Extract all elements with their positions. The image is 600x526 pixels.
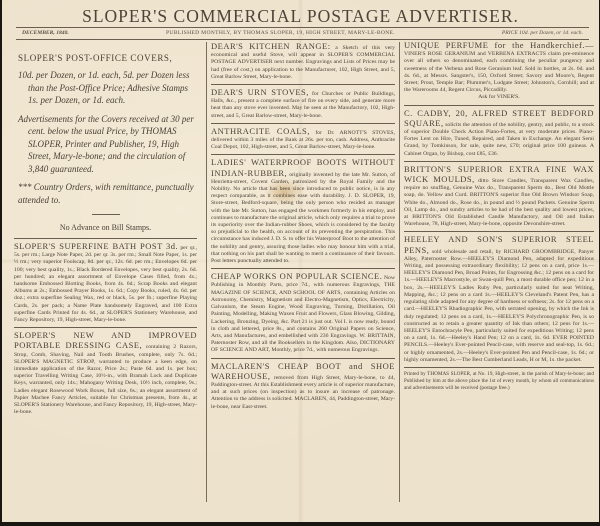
ad-maclaren: MACLAREN'S CHEAP BOOT and SHOE WAREHOUSE… xyxy=(211,362,395,411)
divider xyxy=(14,327,197,328)
divider xyxy=(211,268,395,269)
ad-popular-science: CHEAP WORKS ON POPULAR SCIENCE. Now Publ… xyxy=(211,272,395,354)
covers-info: 10d. per Dozen, or 1d. each, 5d. per Doz… xyxy=(18,69,197,175)
ad-heading: SLOPER'S SUPERFINE BATH POST 3d. xyxy=(14,241,178,251)
issue-date: DECEMBER, 1840. xyxy=(22,28,69,39)
divider xyxy=(14,238,197,239)
divider xyxy=(211,84,395,85)
ad-britton: BRITTON'S SUPERIOR EXTRA FINE WAX WICK M… xyxy=(404,165,594,229)
divider xyxy=(211,123,395,124)
ad-heading: CHEAP WORKS ON POPULAR SCIENCE. xyxy=(211,271,382,281)
ad-heading: DEAR'S KITCHEN RANGE: xyxy=(211,41,331,51)
divider xyxy=(404,161,594,162)
ad-heading: DEAR'S URN STOVES, xyxy=(211,87,309,97)
divider xyxy=(92,214,120,215)
ad-perfume: UNIQUE PERFUME for the Handkerchief.— VI… xyxy=(404,41,594,102)
masthead-subline: DECEMBER, 1840. PUBLISHED MONTHLY, BY TH… xyxy=(16,27,589,40)
ad-kitchen-range: DEAR'S KITCHEN RANGE: a Sketch of this v… xyxy=(211,42,395,81)
masthead-title: SLOPER'S COMMERCIAL POSTAGE ADVERTISER. xyxy=(2,6,599,27)
ad-body: ditto Store Candles, Transparent Wax Can… xyxy=(404,178,594,227)
ad-heading: UNIQUE PERFUME for the Handkerchief.— xyxy=(404,40,594,50)
ad-urn-stoves: DEAR'S URN STOVES, for Churches or Publi… xyxy=(211,88,395,120)
ad-body: containing 2 Razors, Strop, Comb, Shavin… xyxy=(14,344,197,415)
newspaper-page: SLOPER'S COMMERCIAL POSTAGE ADVERTISER. … xyxy=(2,0,599,522)
ad-body: Now Publishing in Monthly Parts, price 7… xyxy=(211,275,395,353)
divider xyxy=(404,231,594,232)
ad-dressing-case: SLOPER'S NEW AND IMPROVED PORTABLE DRESS… xyxy=(14,331,197,416)
divider xyxy=(404,367,594,368)
no-advance-notice: No Advance on Bill Stamps. xyxy=(14,223,197,232)
divider xyxy=(211,358,395,359)
ad-bath-post: SLOPER'S SUPERFINE BATH POST 3d. per qr.… xyxy=(14,242,197,324)
covers-advertisements: Advertisements for the Covers received a… xyxy=(18,113,197,176)
divider xyxy=(404,105,594,106)
covers-price: 10d. per Dozen, or 1d. each, 5d. per Doz… xyxy=(18,69,197,107)
issue-price: PRICE 10d. per Dozen, or 1d. each. xyxy=(502,28,583,39)
ad-body: sold wholesale and retail, by RICHARD GR… xyxy=(404,249,594,363)
column-middle: DEAR'S KITCHEN RANGE: a Sketch of this v… xyxy=(206,42,400,502)
printer-imprint: Printed by THOMAS SLOPER, at No. 19, Hig… xyxy=(404,371,594,391)
ad-body: VINER'S ROSE GERANIUM and VERBENA EXTRAC… xyxy=(404,51,594,93)
ad-cadby: C. CADBY, 20, ALFRED STREET BEDFORD SQUA… xyxy=(404,109,594,158)
publisher-line: PUBLISHED MONTHLY, BY THOMAS SLOPER, 19,… xyxy=(166,28,395,39)
ad-anthracite: ANTHRACITE COALS, for Dr. ARNOTT'S STOVE… xyxy=(211,127,395,152)
ad-body: per qr., 5s. per rm.; Large Note Paper, … xyxy=(14,245,197,323)
ad-waterproof-boots: LADIES' WATERPROOF BOOTS WITHOUT INDIAN-… xyxy=(211,158,395,265)
column-right: UNIQUE PERFUME for the Handkerchief.— VI… xyxy=(404,41,594,391)
ad-heading: ANTHRACITE COALS, xyxy=(211,126,310,136)
ad-body: originally invented by the late Mr. Sutt… xyxy=(211,172,395,264)
divider xyxy=(211,154,395,155)
column-left: SLOPER'S POST-OFFICE COVERS, 10d. per Do… xyxy=(14,41,197,419)
ad-tagline: Ask for VINER'S. xyxy=(404,94,594,101)
ad-heeley: HEELEY AND SON'S SUPERIOR STEEL PENS, so… xyxy=(404,235,594,363)
country-orders: *** Country Orders, with remittance, pun… xyxy=(18,181,197,206)
covers-title: SLOPER'S POST-OFFICE COVERS, xyxy=(18,53,197,63)
